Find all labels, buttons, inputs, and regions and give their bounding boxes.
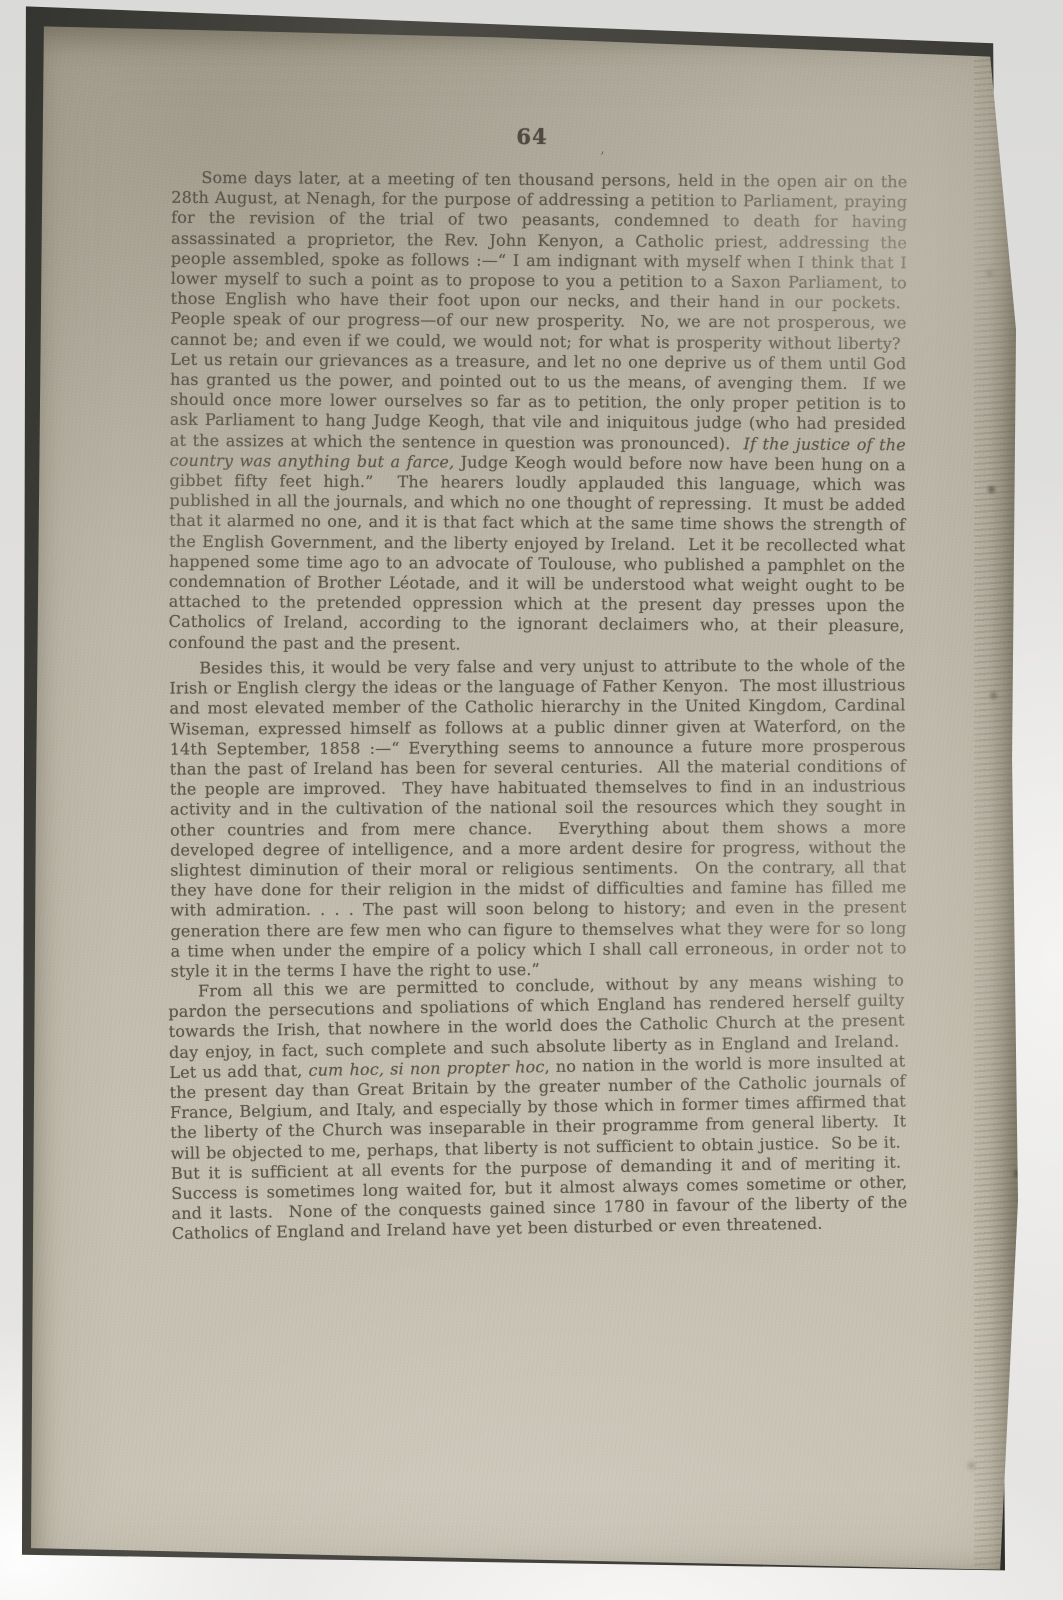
text-run: Besides this, it would be very false and… <box>169 655 906 980</box>
ink-speck: ’ <box>600 150 604 166</box>
text-run: Judge Keogh would before now have been h… <box>169 452 906 653</box>
page-number: 64 <box>164 124 900 149</box>
paragraph: From all this we are permitted to conclu… <box>168 971 908 1245</box>
paragraph: Some days later, at a meeting of ten tho… <box>169 168 908 657</box>
text-run: Some days later, at a meeting of ten tho… <box>170 168 908 453</box>
deckle-edge <box>974 24 1020 1576</box>
photo-of-book-page: 64 ’ Some days later, at a meeting of te… <box>0 0 1063 1600</box>
page-text: Some days later, at a meeting of ten tho… <box>170 170 906 1245</box>
italic-text-run: cum hoc, si non propter hoc <box>308 1057 544 1080</box>
paragraph: Besides this, it would be very false and… <box>169 655 906 981</box>
book-page: 64 ’ Some days later, at a meeting of te… <box>28 24 1020 1576</box>
